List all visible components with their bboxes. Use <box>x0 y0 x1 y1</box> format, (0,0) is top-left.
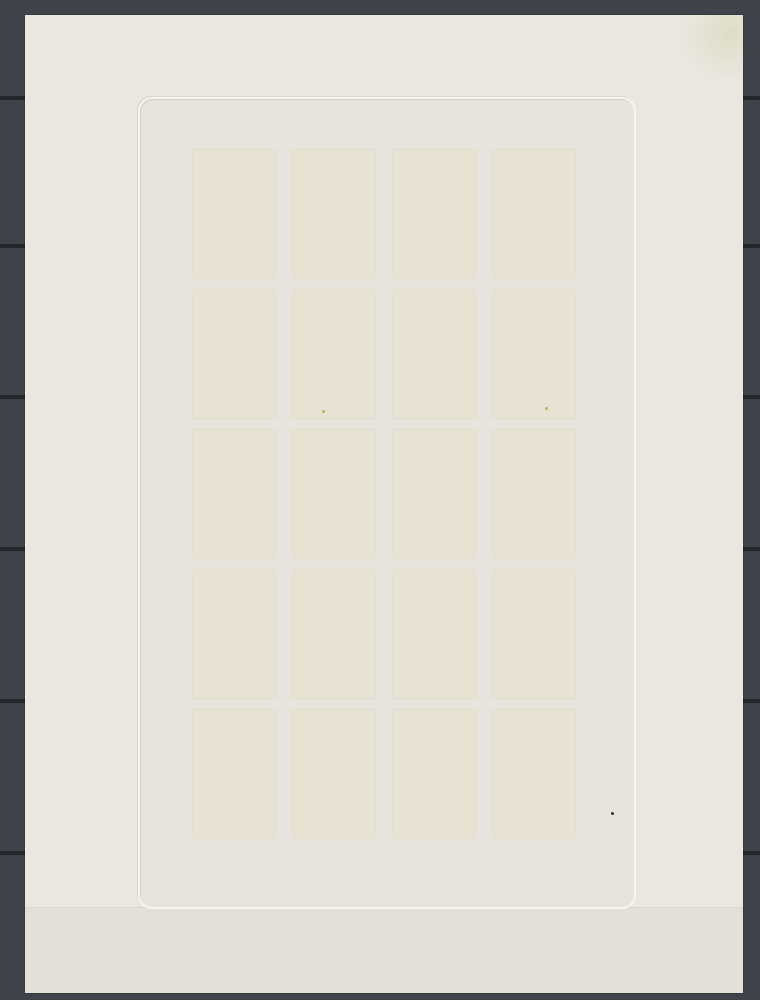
stamp-showthrough <box>192 429 276 559</box>
stamp-showthrough <box>392 289 476 419</box>
stamp-showthrough <box>492 569 576 699</box>
stamp-showthrough-grid <box>192 149 576 839</box>
stamp-showthrough <box>392 149 476 279</box>
stamp-showthrough <box>392 429 476 559</box>
stamp-showthrough <box>292 429 376 559</box>
souvenir-sheet-reverse <box>25 15 743 993</box>
stamp-showthrough <box>292 149 376 279</box>
stamp-showthrough <box>492 429 576 559</box>
stamp-showthrough <box>192 289 276 419</box>
stamp-showthrough <box>192 709 276 839</box>
stamp-showthrough <box>492 149 576 279</box>
stamp-showthrough <box>292 569 376 699</box>
stamp-showthrough <box>392 709 476 839</box>
stamp-showthrough <box>392 569 476 699</box>
toning-speck <box>322 410 325 413</box>
stamp-showthrough <box>192 569 276 699</box>
stamp-showthrough <box>492 709 576 839</box>
toning-speck <box>545 407 548 410</box>
stamp-showthrough <box>292 289 376 419</box>
toning-speck <box>611 812 614 815</box>
stamp-showthrough <box>292 709 376 839</box>
stamp-showthrough <box>492 289 576 419</box>
embossed-plate-mark <box>138 97 636 909</box>
sheet-bottom-margin <box>25 907 743 993</box>
stamp-showthrough <box>192 149 276 279</box>
